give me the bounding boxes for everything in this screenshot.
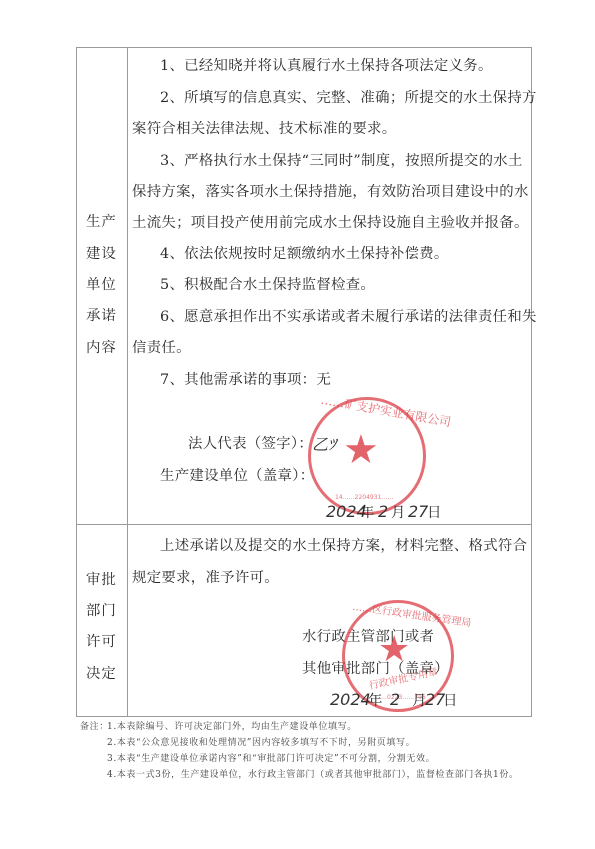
commitment-label-line: 单位 xyxy=(86,276,117,295)
legal-rep-signature: 乙ﾂ xyxy=(312,432,336,455)
approval-date-year-suffix: 年 xyxy=(368,692,383,711)
commitment-item-2: 2、所填写的信息真实、完整、准确；所提交的水土保持方 xyxy=(160,89,537,108)
commitment-date-month-suffix: 月 xyxy=(391,504,406,523)
table-middle-border xyxy=(76,524,532,525)
approval-label-line: 许可 xyxy=(86,633,117,652)
note-item: 1.本表除编号、许可决定部门外，均由生产建设单位填写。 xyxy=(107,721,357,733)
approval-decision-text-cont: 规定要求，准予许可。 xyxy=(132,569,279,588)
commitment-item-1: 1、已经知晓并将认真履行水土保持各项法定义务。 xyxy=(160,57,493,76)
commitment-label-line: 建设 xyxy=(86,245,117,264)
commitment-item-6-cont: 信责任。 xyxy=(132,339,191,358)
commitment-item-6: 6、愿意承担作出不实承诺或者未履行承诺的法律责任和失 xyxy=(160,308,537,327)
approval-date-year: 2024 xyxy=(330,690,371,709)
legal-rep-label: 法人代表（签字）： xyxy=(188,435,313,454)
star-icon: ★ xyxy=(378,632,410,668)
approval-date-month: 2 xyxy=(390,690,400,709)
commitment-item-4: 4、依法依规按时足额缴纳水土保持补偿费。 xyxy=(160,245,449,264)
approval-decision-text: 上述承诺以及提交的水土保持方案，材料完整、格式符合 xyxy=(160,537,527,556)
table-right-border xyxy=(531,47,532,717)
commitment-item-5: 5、积极配合水土保持监督检查。 xyxy=(160,276,375,295)
commitment-date-day: 27 xyxy=(408,502,428,521)
commitment-date-day-suffix: 日 xyxy=(427,504,442,523)
note-item: 2.本表“公众意见接收和处理情况”因内容较多填写不下时，另附页填写。 xyxy=(107,737,415,749)
approval-label-line: 审批 xyxy=(86,571,117,590)
table-column-divider xyxy=(127,47,128,717)
commitment-date-month: 2 xyxy=(378,502,388,521)
commitment-item-3-cont: 土流失；项目投产使用前完成水土保持设施自主验收并报备。 xyxy=(132,214,529,233)
commitment-label-line: 承诺 xyxy=(86,307,117,326)
notes-prefix: 备注： xyxy=(80,721,109,733)
note-item: 3.本表“生产建设单位承诺内容”和“审批部门许可决定”不可分割，分割无效。 xyxy=(107,753,435,765)
star-icon: ★ xyxy=(343,430,379,470)
company-stamp-code: 14……2204931…… xyxy=(335,494,393,501)
note-item: 4.本表一式3份，生产建设单位，水行政主管部门（或者其他审批部门），监督检查部门… xyxy=(107,769,519,781)
unit-seal-label: 生产建设单位（盖章）： xyxy=(160,467,314,486)
approval-label-line: 决定 xyxy=(86,665,117,684)
commitment-label-line: 内容 xyxy=(86,339,117,358)
commitment-item-2-cont: 案符合相关法律法规、技术标准的要求。 xyxy=(132,120,396,139)
approval-label-line: 部门 xyxy=(86,602,117,621)
commitment-item-7: 7、其他需承诺的事项：无 xyxy=(160,371,331,390)
table-left-border xyxy=(76,47,77,717)
table-bottom-border xyxy=(76,716,532,717)
approval-date-day-suffix: 日 xyxy=(443,692,458,711)
commitment-date-year-suffix: 年 xyxy=(360,504,375,523)
commitment-item-3: 3、严格执行水土保持“三同时”制度，按照所提交的水土 xyxy=(160,152,523,171)
table-top-border xyxy=(76,47,532,48)
commitment-label-line: 生产 xyxy=(86,213,117,232)
commitment-item-3-cont: 保持方案，落实各项水土保持措施，有效防治项目建设中的水 xyxy=(132,183,529,202)
